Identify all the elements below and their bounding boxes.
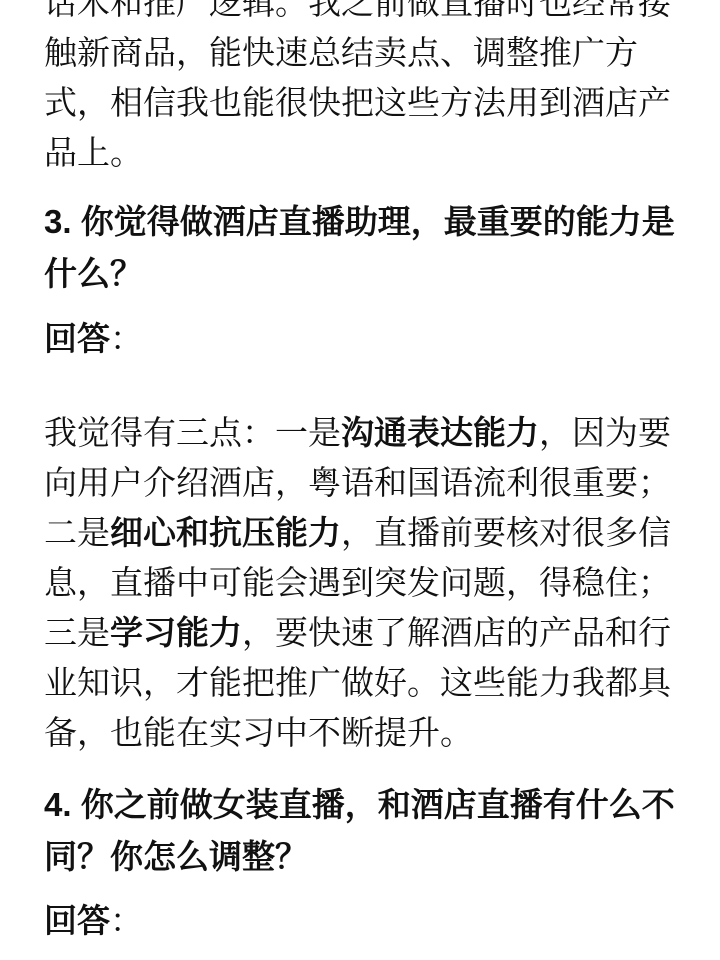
answer-label-q3-colon: ：	[110, 320, 143, 357]
answer-label-q4-text: 回答	[44, 902, 110, 939]
answer-label-q3-text: 回答	[44, 320, 110, 357]
answer-q3-keyword-learning: 学习能力	[110, 614, 242, 651]
document-page: 话术和推广逻辑。我之前做直播时也经常接触新商品，能快速总结卖点、调整推广方式，相…	[0, 0, 720, 960]
answer-label-q3: 回答：	[44, 314, 676, 364]
answer-q3-paragraph: 我觉得有三点：一是沟通表达能力，因为要向用户介绍酒店，粤语和国语流利很重要；二是…	[44, 408, 676, 758]
question-3-heading: 3. 你觉得做酒店直播助理，最重要的能力是什么？	[44, 196, 676, 300]
answer-label-q4-colon: ：	[110, 902, 143, 939]
intro-paragraph: 话术和推广逻辑。我之前做直播时也经常接触新商品，能快速总结卖点、调整推广方式，相…	[44, 0, 676, 178]
answer-q3-segment: 我觉得有三点：一是	[44, 414, 341, 451]
answer-q3-keyword-carefulness: 细心和抗压能力	[110, 514, 341, 551]
answer-label-q4: 回答：	[44, 896, 676, 946]
answer-q3-keyword-communication: 沟通表达能力	[341, 414, 539, 451]
question-4-heading: 4. 你之前做女装直播，和酒店直播有什么不同？你怎么调整？	[44, 779, 676, 883]
